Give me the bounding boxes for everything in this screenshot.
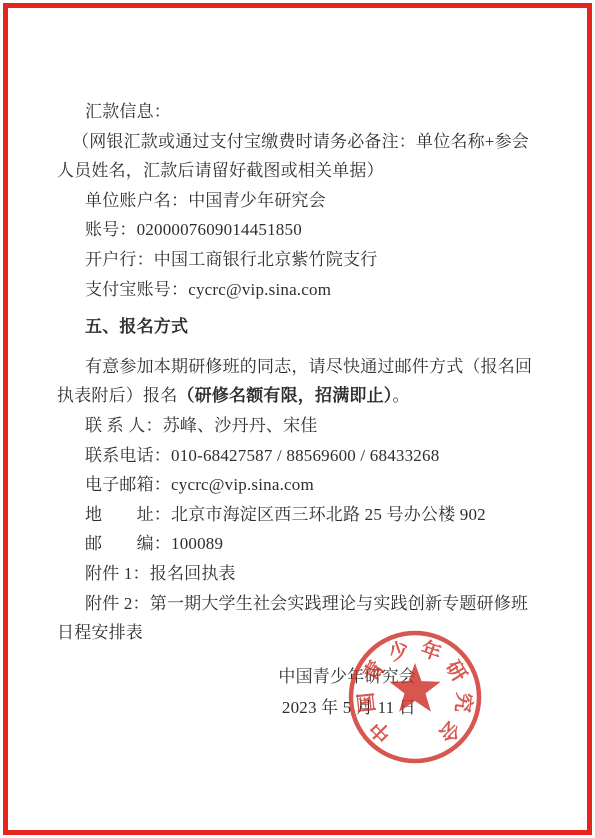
document-line: 开户行：中国工商银行北京紫竹院支行 (57, 245, 538, 275)
document-line: 支付宝账号：cycrc@vip.sina.com (57, 275, 538, 305)
document-line: 汇款信息： (57, 97, 538, 127)
seal-character: 国 (354, 691, 379, 713)
document-line: 附件 1：报名回执表 (57, 559, 538, 589)
document-line: 联 系 人：苏峰、沙丹丹、宋佳 (57, 411, 538, 441)
document-line: 有意参加本期研修班的同志，请尽快通过邮件方式（报名回 (57, 352, 538, 382)
emphasis-text: （研修名额有限，招满即止） (177, 386, 392, 405)
document-page: 汇款信息：（网银汇款或通过支付宝缴费时请务必备注：单位名称+参会人员姓名，汇款后… (0, 0, 595, 838)
document-line: 账号：0200007609014451850 (57, 215, 538, 245)
document-line: 电子邮箱：cycrc@vip.sina.com (57, 470, 538, 500)
body-text: 执表附后）报名 (57, 386, 177, 405)
document-line: 五、报名方式 (57, 312, 538, 342)
document-line: 联系电话：010-68427587 / 88569600 / 68433268 (57, 441, 538, 471)
document-lines: 汇款信息：（网银汇款或通过支付宝缴费时请务必备注：单位名称+参会人员姓名，汇款后… (57, 97, 538, 648)
document-line: 邮 编：100089 (57, 529, 538, 559)
document-line: 附件 2：第一期大学生社会实践理论与实践创新专题研修班 (57, 589, 538, 619)
document-line: 执表附后）报名（研修名额有限，招满即止）。 (57, 381, 538, 411)
body-text: 。 (393, 386, 410, 405)
document-line: 地 址：北京市海淀区西三环北路 25 号办公楼 902 (57, 500, 538, 530)
seal-character: 究 (451, 691, 477, 714)
document-line: 人员姓名，汇款后请留好截图或相关单据） (57, 156, 538, 186)
star-icon (389, 663, 440, 712)
official-seal-stamp: 中国青少年研究会 (340, 622, 490, 772)
document-body: 汇款信息：（网银汇款或通过支付宝缴费时请务必备注：单位名称+参会人员姓名，汇款后… (0, 0, 595, 723)
document-line: （网银汇款或通过支付宝缴费时请务必备注：单位名称+参会 (57, 127, 538, 157)
document-line: 单位账户名：中国青少年研究会 (57, 186, 538, 216)
